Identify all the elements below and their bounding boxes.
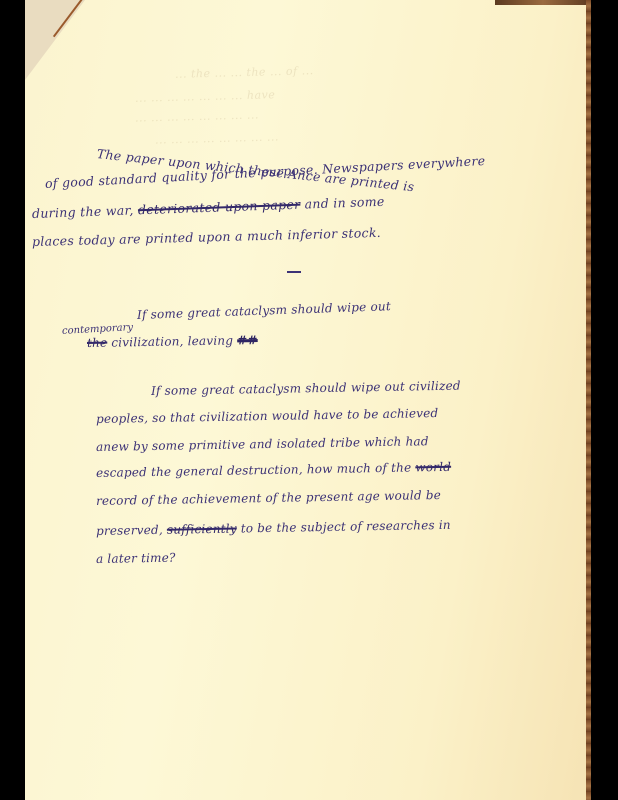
- scribble-mark: ##: [237, 333, 258, 347]
- bleed-through-line: ... ... ... ... ... ... ... ...: [155, 130, 279, 146]
- section-separator: [287, 271, 301, 273]
- book-top-edge: [495, 0, 591, 5]
- line-text: to be the subject of researches in: [241, 518, 451, 536]
- bleed-through-line: ... ... ... ... ... ... ... ...: [135, 108, 259, 124]
- line-text: and in some: [304, 194, 384, 212]
- handwritten-line: If some great cataclysm should wipe out: [137, 299, 391, 322]
- handwritten-line: peoples, so that civilization would have…: [96, 406, 439, 426]
- handwritten-line: escaped the general destruction, how muc…: [96, 460, 451, 480]
- handwritten-line: anew by some primitive and isolated trib…: [96, 434, 429, 454]
- handwritten-line: record of the achievement of the present…: [96, 488, 441, 508]
- handwritten-line: during the war, deteriorated upon paper …: [32, 194, 385, 221]
- handwritten-line: a later time?: [96, 551, 176, 566]
- manuscript-page: ... the ... ... the ... of ... ... ... .…: [25, 0, 591, 800]
- scan-frame: ... the ... ... the ... of ... ... ... .…: [0, 0, 618, 800]
- struck-text: deteriorated upon paper: [138, 197, 301, 218]
- struck-text: the: [87, 336, 108, 350]
- line-text: escaped the general destruction, how muc…: [96, 460, 412, 480]
- handwritten-line: the civilization, leaving ##: [87, 333, 258, 350]
- line-text: during the war,: [32, 202, 134, 221]
- handwritten-line: places today are printed upon a much inf…: [32, 225, 381, 249]
- book-spine-edge: [586, 0, 591, 800]
- bleed-through-line: ... ... ... ... ... ... ... have: [135, 88, 276, 105]
- handwritten-line: If some great cataclysm should wipe out …: [151, 379, 461, 398]
- handwritten-line: preserved, sufficiently to be the subjec…: [96, 518, 451, 538]
- struck-text: world: [415, 460, 451, 475]
- bleed-through-line: ... the ... ... the ... of ...: [175, 64, 314, 81]
- struck-text: sufficiently: [167, 522, 237, 537]
- previous-page-corner: [25, 0, 85, 80]
- line-text: preserved,: [96, 523, 163, 538]
- line-text: civilization, leaving: [111, 333, 233, 349]
